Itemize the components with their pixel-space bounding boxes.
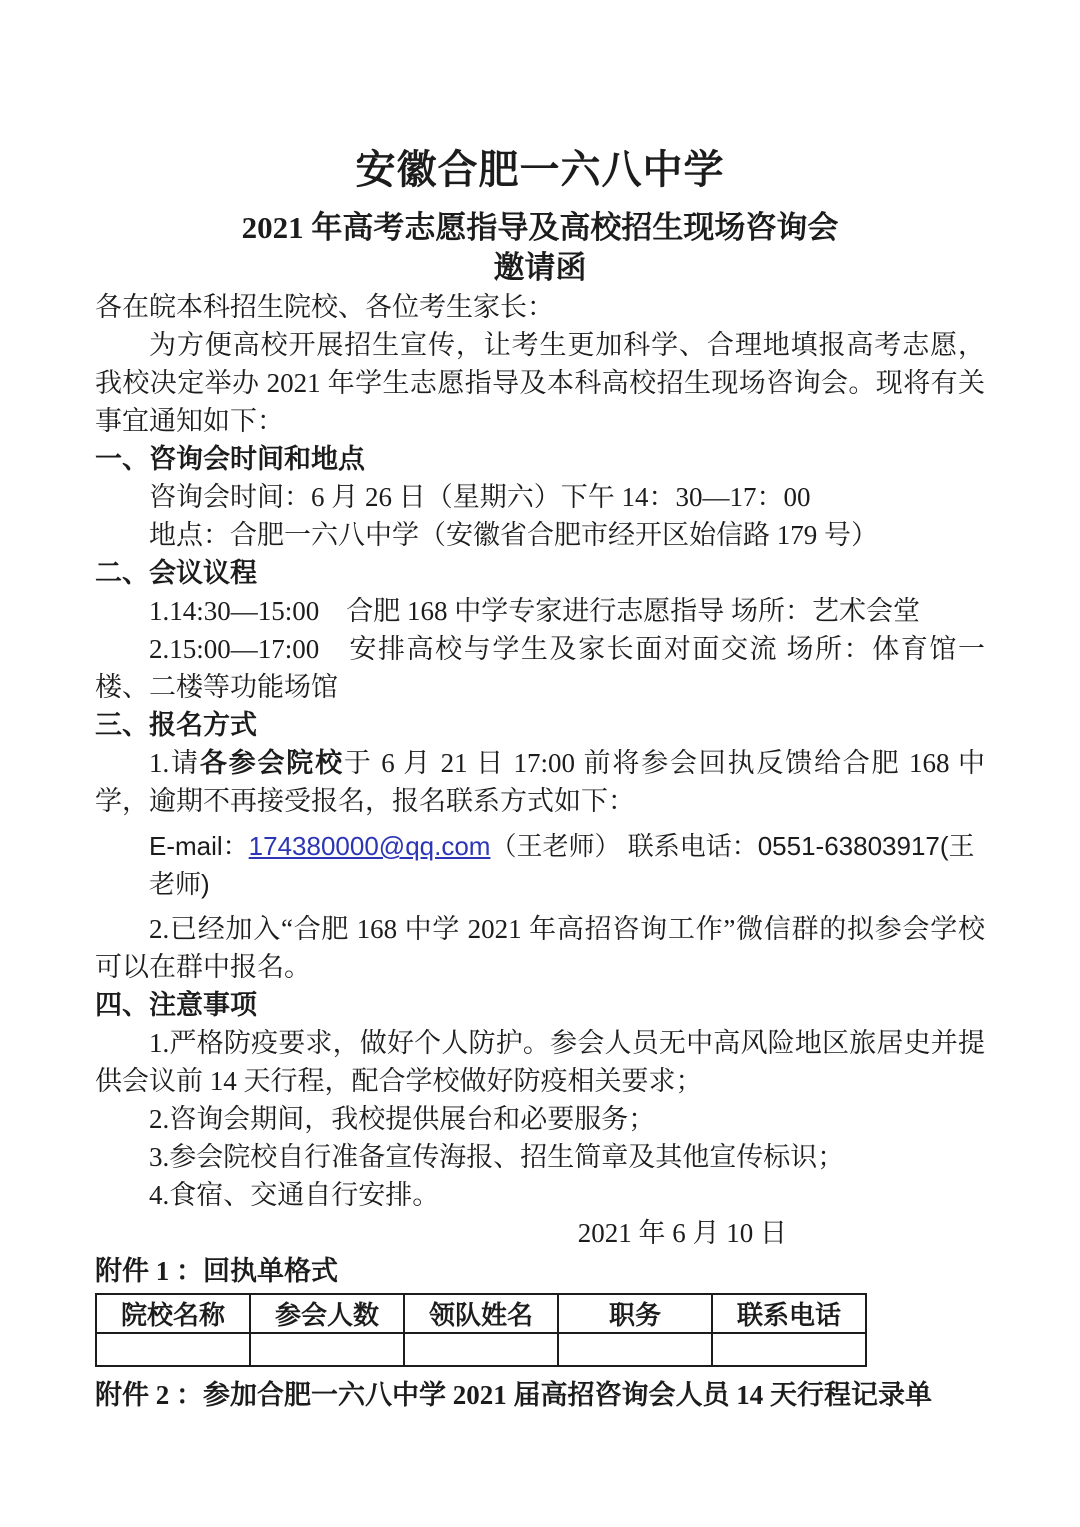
table-header-school-name: 院校名称: [96, 1294, 250, 1333]
notice-item-2: 2.咨询会期间，我校提供展台和必要服务；: [95, 1100, 985, 1138]
reply-table: 院校名称 参会人数 领队姓名 职务 联系电话: [95, 1293, 867, 1367]
registration-item-1-prefix: 1.请: [149, 748, 200, 778]
reply-table-header-row: 院校名称 参会人数 领队姓名 职务 联系电话: [96, 1294, 866, 1333]
table-header-leader-name: 领队姓名: [404, 1294, 558, 1333]
table-cell-attendee-count: [250, 1333, 404, 1366]
table-header-phone: 联系电话: [712, 1294, 866, 1333]
table-cell-position: [558, 1333, 712, 1366]
page-title: 安徽合肥一六八中学: [95, 146, 985, 194]
document-date: 2021 年 6 月 10 日: [95, 1214, 985, 1252]
consultation-time-line: 咨询会时间：6 月 26 日（星期六）下午 14：30—17：00: [95, 478, 985, 516]
agenda-item-2: 2.15:00—17:00 安排高校与学生及家长面对面交流 场所：体育馆一楼、二…: [95, 630, 985, 706]
location-line: 地点：合肥一六八中学（安徽省合肥市经开区始信路 179 号）: [95, 516, 985, 554]
email-label: E-mail：: [149, 831, 249, 861]
reply-table-empty-row: [96, 1333, 866, 1366]
table-cell-school-name: [96, 1333, 250, 1366]
page-subtitle: 2021 年高考志愿指导及高校招生现场咨询会: [95, 208, 985, 248]
agenda-item-1: 1.14:30—15:00 合肥 168 中学专家进行志愿指导 场所：艺术会堂: [95, 592, 985, 630]
invitation-heading: 邀请函: [95, 248, 985, 288]
notice-item-4: 4.食宿、交通自行安排。: [95, 1176, 985, 1214]
table-cell-leader-name: [404, 1333, 558, 1366]
email-link[interactable]: 174380000@qq.com: [249, 831, 491, 861]
attachment1-label: 附件 1 ：回执单格式: [95, 1252, 985, 1290]
attachment2-label: 附件 2 ：参加合肥一六八中学 2021 届高招咨询会人员 14 天行程记录单: [95, 1376, 985, 1414]
table-header-attendee-count: 参会人数: [250, 1294, 404, 1333]
notice-item-1: 1.严格防疫要求，做好个人防护。参会人员无中高风险地区旅居史并提供会议前 14 …: [95, 1024, 985, 1100]
table-cell-phone: [712, 1333, 866, 1366]
section2-heading: 二、会议议程: [95, 554, 985, 592]
intro-paragraph: 为方便高校开展招生宣传，让考生更加科学、合理地填报高考志愿，我校决定举办 202…: [95, 326, 985, 440]
registration-item-2: 2.已经加入“合肥 168 中学 2021 年高招咨询工作”微信群的拟参会学校可…: [95, 910, 985, 986]
section3-heading: 三、报名方式: [95, 706, 985, 744]
salutation-line: 各在皖本科招生院校、各位考生家长：: [95, 288, 985, 326]
notice-item-3: 3.参会院校自行准备宣传海报、招生简章及其他宣传标识；: [95, 1138, 985, 1176]
table-header-position: 职务: [558, 1294, 712, 1333]
document-page: 安徽合肥一六八中学 2021 年高考志愿指导及高校招生现场咨询会 邀请函 各在皖…: [0, 0, 1080, 1527]
registration-item-1: 1.请各参会院校于 6 月 21 日 17:00 前将参会回执反馈给合肥 168…: [95, 744, 985, 820]
section1-heading: 一、咨询会时间和地点: [95, 440, 985, 478]
email-contact-line: E-mail：174380000@qq.com（王老师） 联系电话：0551-6…: [95, 827, 985, 903]
section4-heading: 四、注意事项: [95, 986, 985, 1024]
registration-item-1-bold: 各参会院校: [200, 748, 344, 778]
